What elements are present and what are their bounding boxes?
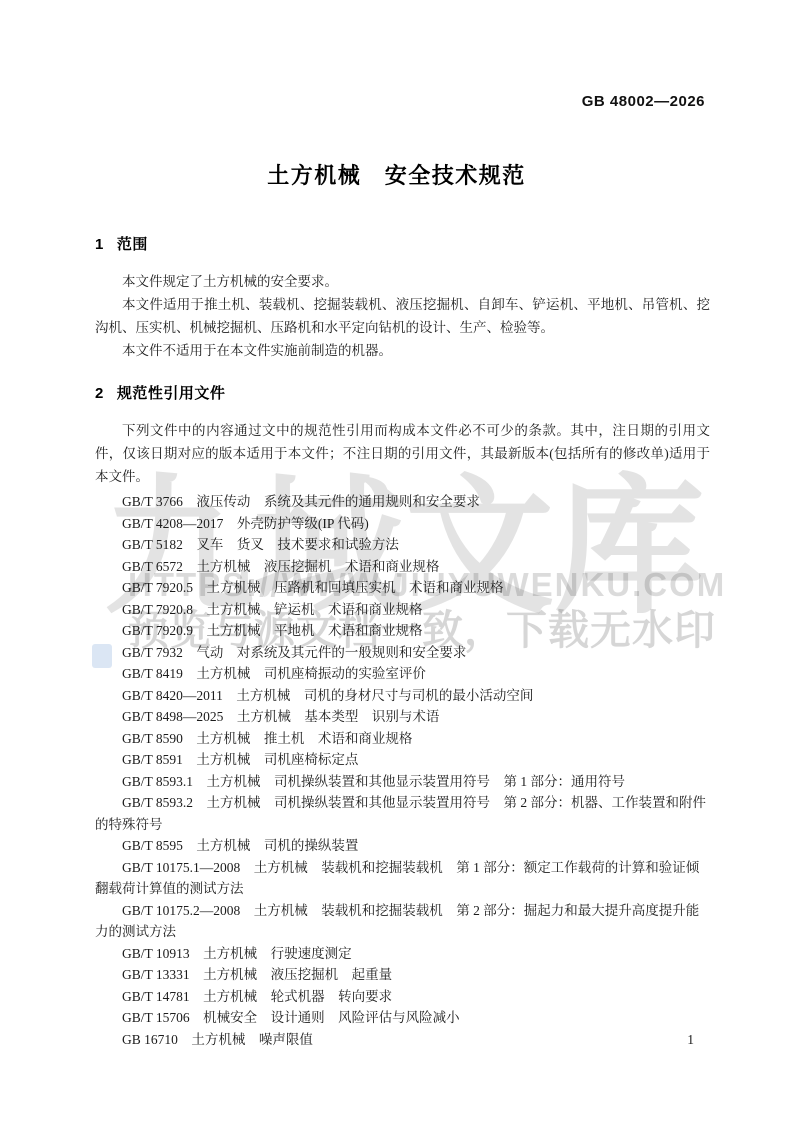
ref-item: GB/T 8419 土方机械 司机座椅振动的实验室评价 xyxy=(95,663,710,685)
ref-item: GB/T 6572 土方机械 液压挖掘机 术语和商业规格 xyxy=(95,556,710,578)
section-1-number: 1 xyxy=(95,236,104,253)
para-item: 本文件不适用于在本文件实施前制造的机器。 xyxy=(95,339,710,362)
ref-item: GB/T 7920.5 土方机械 压路机和回填压实机 术语和商业规格 xyxy=(95,577,710,599)
section-2-paragraphs: 下列文件中的内容通过文中的规范性引用而构成本文件必不可少的条款。其中，注日期的引… xyxy=(95,419,710,488)
section-1-title: 范围 xyxy=(117,236,148,253)
ref-item: GB/T 8590 土方机械 推土机 术语和商业规格 xyxy=(95,728,710,750)
ref-item: GB/T 10913 土方机械 行驶速度测定 xyxy=(95,943,710,965)
section-1-heading: 1范围 xyxy=(95,233,710,254)
ref-item: GB/T 10175.1—2008 土方机械 装载机和挖掘装载机 第 1 部分：… xyxy=(95,857,710,900)
document-title: 土方机械 安全技术规范 xyxy=(0,159,793,190)
ref-item: GB/T 7932 气动 对系统及其元件的一般规则和安全要求 xyxy=(95,642,710,664)
ref-item: GB/T 4208—2017 外壳防护等级(IP 代码) xyxy=(95,513,710,535)
document-page: 九域文库 HTTPS://WWW.JIUYUWENKU.COM 预览与源文档一致… xyxy=(0,0,793,1122)
ref-item: GB/T 3766 液压传动 系统及其元件的通用规则和安全要求 xyxy=(95,491,710,513)
ref-item: GB/T 10175.2—2008 土方机械 装载机和挖掘装载机 第 2 部分：… xyxy=(95,900,710,943)
document-body: 1范围 本文件规定了土方机械的安全要求。本文件适用于推土机、装载机、挖掘装载机、… xyxy=(95,233,710,1050)
ref-item: GB/T 8498—2025 土方机械 基本类型 识别与术语 xyxy=(95,706,710,728)
ref-item: GB/T 8420—2011 土方机械 司机的身材尺寸与司机的最小活动空间 xyxy=(95,685,710,707)
ref-item: GB/T 7920.8 土方机械 铲运机 术语和商业规格 xyxy=(95,599,710,621)
ref-item: GB/T 14781 土方机械 轮式机器 转向要求 xyxy=(95,986,710,1008)
ref-item: GB/T 8591 土方机械 司机座椅标定点 xyxy=(95,749,710,771)
section-2-title: 规范性引用文件 xyxy=(117,385,226,402)
section-1-paragraphs: 本文件规定了土方机械的安全要求。本文件适用于推土机、装载机、挖掘装载机、液压挖掘… xyxy=(95,270,710,362)
ref-item: GB/T 8593.1 土方机械 司机操纵装置和其他显示装置用符号 第 1 部分… xyxy=(95,771,710,793)
standard-code: GB 48002—2026 xyxy=(582,93,705,110)
ref-item: GB/T 8595 土方机械 司机的操纵装置 xyxy=(95,835,710,857)
para-item: 本文件适用于推土机、装载机、挖掘装载机、液压挖掘机、自卸车、铲运机、平地机、吊管… xyxy=(95,293,710,339)
page-number: 1 xyxy=(687,1032,694,1048)
ref-item: GB/T 13331 土方机械 液压挖掘机 起重量 xyxy=(95,964,710,986)
ref-item: GB/T 5182 叉车 货叉 技术要求和试验方法 xyxy=(95,534,710,556)
ref-item: GB/T 8593.2 土方机械 司机操纵装置和其他显示装置用符号 第 2 部分… xyxy=(95,792,710,835)
reference-list: GB/T 3766 液压传动 系统及其元件的通用规则和安全要求GB/T 4208… xyxy=(95,491,710,1050)
ref-item: GB/T 7920.9 土方机械 平地机 术语和商业规格 xyxy=(95,620,710,642)
ref-item: GB 16710 土方机械 噪声限值 xyxy=(95,1029,710,1051)
para-item: 本文件规定了土方机械的安全要求。 xyxy=(95,270,710,293)
section-2-heading: 2规范性引用文件 xyxy=(95,382,710,403)
section-2-number: 2 xyxy=(95,385,104,402)
para-item: 下列文件中的内容通过文中的规范性引用而构成本文件必不可少的条款。其中，注日期的引… xyxy=(95,419,710,488)
ref-item: GB/T 15706 机械安全 设计通则 风险评估与风险减小 xyxy=(95,1007,710,1029)
